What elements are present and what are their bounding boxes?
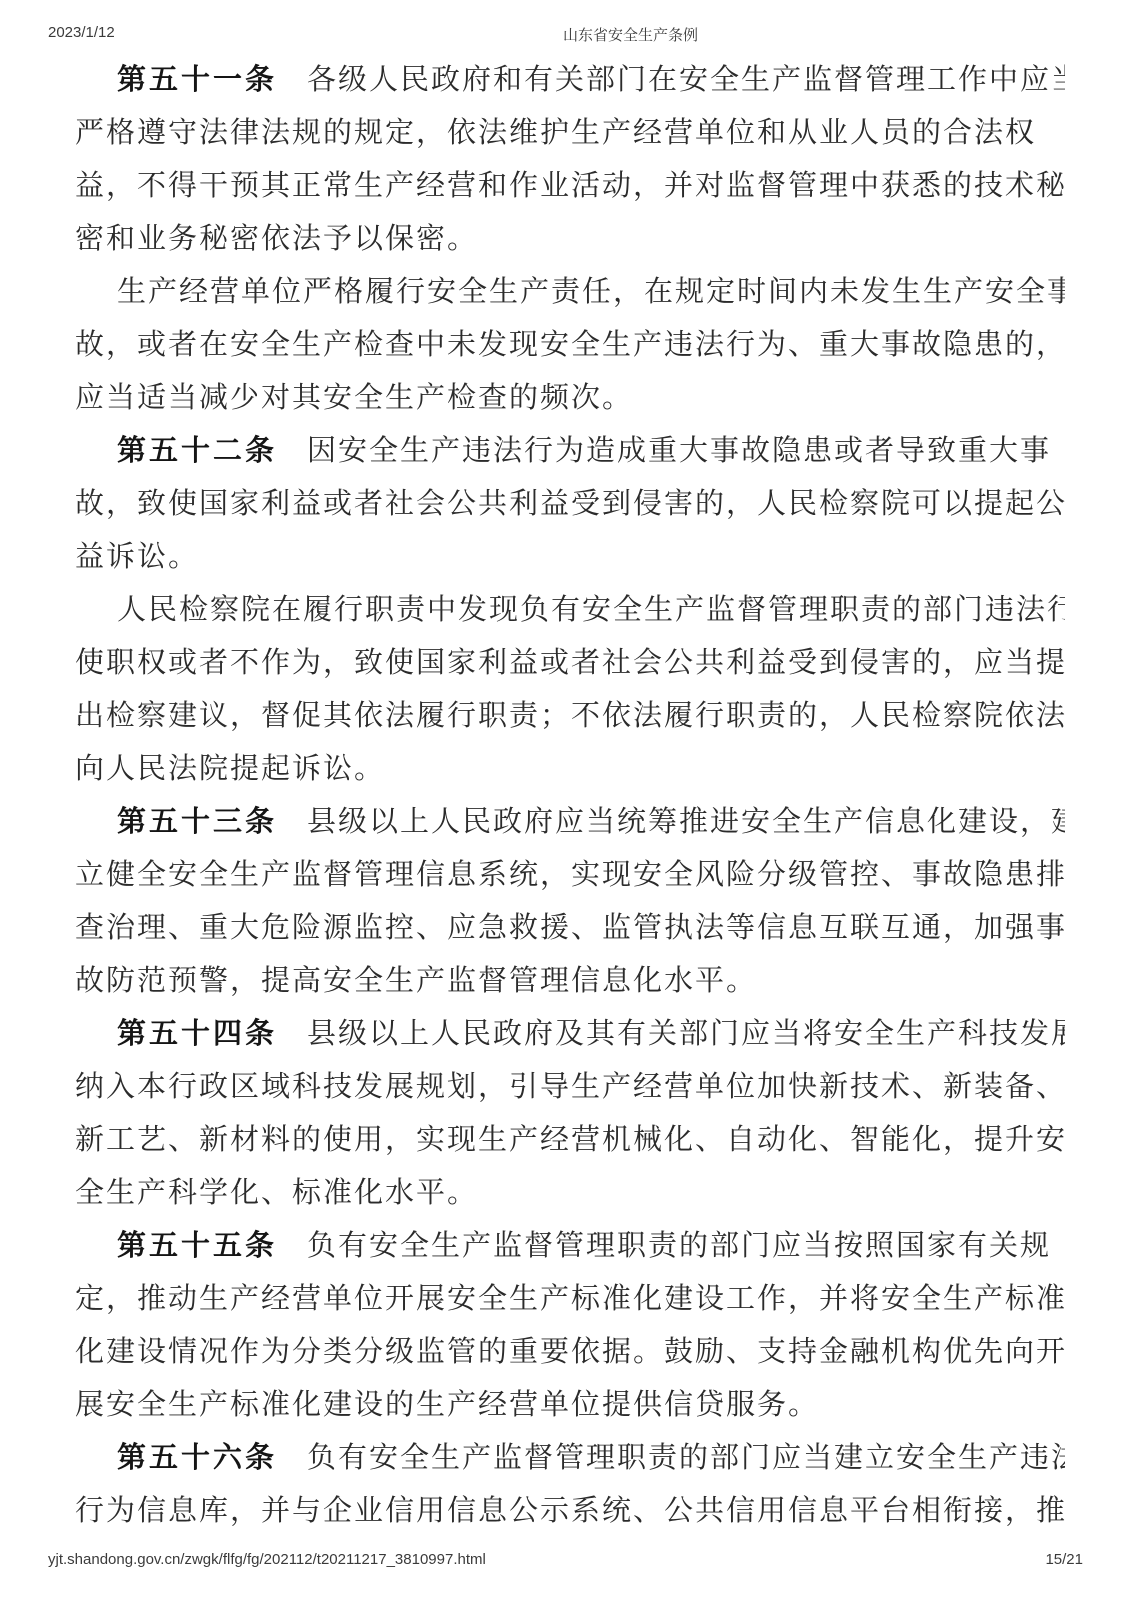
line-text: 定，推动生产经营单位开展安全生产标准化建设工作，并将安全生产标准 xyxy=(75,1283,1065,1315)
document-line: 纳入本行政区域科技发展规划，引导生产经营单位加快新技术、新装备、 xyxy=(75,1061,1065,1114)
document-line: 全生产科学化、标准化水平。 xyxy=(75,1167,1065,1220)
line-text: 故防范预警，提高安全生产监督管理信息化水平。 xyxy=(75,965,757,997)
line-text: 故，致使国家利益或者社会公共利益受到侵害的，人民检察院可以提起公 xyxy=(75,488,1065,520)
footer-url: yjt.shandong.gov.cn/zwgk/flfg/fg/202112/… xyxy=(48,1551,486,1568)
document-line: 人民检察院在履行职责中发现负有安全生产监督管理职责的部门违法行 xyxy=(75,584,1065,637)
document-line: 生产经营单位严格履行安全生产责任，在规定时间内未发生生产安全事 xyxy=(75,266,1065,319)
document-line: 第五十二条因安全生产违法行为造成重大事故隐患或者导致重大事 xyxy=(75,425,1065,478)
document-line: 第五十五条负有安全生产监督管理职责的部门应当按照国家有关规 xyxy=(75,1220,1065,1273)
line-text: 益诉讼。 xyxy=(75,541,199,573)
line-text: 生产经营单位严格履行安全生产责任，在规定时间内未发生生产安全事 xyxy=(117,276,1065,308)
line-text: 县级以上人民政府应当统筹推进安全生产信息化建设，建 xyxy=(307,806,1065,838)
line-text: 新工艺、新材料的使用，实现生产经营机械化、自动化、智能化，提升安 xyxy=(75,1124,1065,1156)
document-line: 展安全生产标准化建设的生产经营单位提供信贷服务。 xyxy=(75,1379,1065,1432)
document-line: 第五十六条负有安全生产监督管理职责的部门应当建立安全生产违法 xyxy=(75,1432,1065,1485)
line-text: 化建设情况作为分类分级监管的重要依据。鼓励、支持金融机构优先向开 xyxy=(75,1336,1065,1368)
line-text: 立健全安全生产监督管理信息系统，实现安全风险分级管控、事故隐患排 xyxy=(75,859,1065,891)
document-line: 第五十四条县级以上人民政府及其有关部门应当将安全生产科技发展 xyxy=(75,1008,1065,1061)
line-text: 出检察建议，督促其依法履行职责；不依法履行职责的，人民检察院依法 xyxy=(75,700,1065,732)
page-title: 山东省安全生产条例 xyxy=(130,24,1131,45)
article-number: 第五十三条 xyxy=(117,806,277,838)
line-text: 行为信息库，并与企业信用信息公示系统、公共信用信息平台相衔接，推 xyxy=(75,1495,1065,1527)
document-line: 新工艺、新材料的使用，实现生产经营机械化、自动化、智能化，提升安 xyxy=(75,1114,1065,1167)
line-text: 县级以上人民政府及其有关部门应当将安全生产科技发展 xyxy=(307,1018,1065,1050)
document-line: 行为信息库，并与企业信用信息公示系统、公共信用信息平台相衔接，推 xyxy=(75,1485,1065,1538)
document-line: 益，不得干预其正常生产经营和作业活动，并对监督管理中获悉的技术秘 xyxy=(75,160,1065,213)
document-line: 益诉讼。 xyxy=(75,531,1065,584)
document-line: 查治理、重大危险源监控、应急救援、监管执法等信息互联互通，加强事 xyxy=(75,902,1065,955)
document-line: 立健全安全生产监督管理信息系统，实现安全风险分级管控、事故隐患排 xyxy=(75,849,1065,902)
document-line: 故，或者在安全生产检查中未发现安全生产违法行为、重大事故隐患的， xyxy=(75,319,1065,372)
line-text: 使职权或者不作为，致使国家利益或者社会公共利益受到侵害的，应当提 xyxy=(75,647,1065,679)
line-text: 各级人民政府和有关部门在安全生产监督管理工作中应当 xyxy=(307,64,1065,96)
document-line: 应当适当减少对其安全生产检查的频次。 xyxy=(75,372,1065,425)
line-text: 严格遵守法律法规的规定，依法维护生产经营单位和从业人员的合法权 xyxy=(75,117,1036,149)
document-line: 化建设情况作为分类分级监管的重要依据。鼓励、支持金融机构优先向开 xyxy=(75,1326,1065,1379)
line-text: 负有安全生产监督管理职责的部门应当按照国家有关规 xyxy=(307,1230,1051,1262)
article-number: 第五十五条 xyxy=(117,1230,277,1262)
document-line: 密和业务秘密依法予以保密。 xyxy=(75,213,1065,266)
line-text: 查治理、重大危险源监控、应急救援、监管执法等信息互联互通，加强事 xyxy=(75,912,1065,944)
article-number: 第五十二条 xyxy=(117,435,277,467)
print-header-date: 2023/1/12 xyxy=(48,24,115,41)
article-number: 第五十六条 xyxy=(117,1442,277,1474)
line-text: 故，或者在安全生产检查中未发现安全生产违法行为、重大事故隐患的， xyxy=(75,329,1065,361)
document-line: 出检察建议，督促其依法履行职责；不依法履行职责的，人民检察院依法 xyxy=(75,690,1065,743)
article-number: 第五十一条 xyxy=(117,64,277,96)
line-text: 密和业务秘密依法予以保密。 xyxy=(75,223,478,255)
line-text: 因安全生产违法行为造成重大事故隐患或者导致重大事 xyxy=(307,435,1051,467)
printed-document-page: 2023/1/12 山东省安全生产条例 第五十一条各级人民政府和有关部门在安全生… xyxy=(0,0,1131,1600)
line-text: 展安全生产标准化建设的生产经营单位提供信贷服务。 xyxy=(75,1389,819,1421)
document-line: 向人民法院提起诉讼。 xyxy=(75,743,1065,796)
article-number: 第五十四条 xyxy=(117,1018,277,1050)
document-line: 严格遵守法律法规的规定，依法维护生产经营单位和从业人员的合法权 xyxy=(75,107,1065,160)
line-text: 应当适当减少对其安全生产检查的频次。 xyxy=(75,382,633,414)
line-text: 益，不得干预其正常生产经营和作业活动，并对监督管理中获悉的技术秘 xyxy=(75,170,1065,202)
document-body: 第五十一条各级人民政府和有关部门在安全生产监督管理工作中应当严格遵守法律法规的规… xyxy=(75,54,1065,1538)
line-text: 负有安全生产监督管理职责的部门应当建立安全生产违法 xyxy=(307,1442,1065,1474)
document-line: 第五十一条各级人民政府和有关部门在安全生产监督管理工作中应当 xyxy=(75,54,1065,107)
line-text: 全生产科学化、标准化水平。 xyxy=(75,1177,478,1209)
document-line: 故防范预警，提高安全生产监督管理信息化水平。 xyxy=(75,955,1065,1008)
line-text: 向人民法院提起诉讼。 xyxy=(75,753,385,785)
line-text: 纳入本行政区域科技发展规划，引导生产经营单位加快新技术、新装备、 xyxy=(75,1071,1065,1103)
document-line: 定，推动生产经营单位开展安全生产标准化建设工作，并将安全生产标准 xyxy=(75,1273,1065,1326)
document-line: 故，致使国家利益或者社会公共利益受到侵害的，人民检察院可以提起公 xyxy=(75,478,1065,531)
document-line: 第五十三条县级以上人民政府应当统筹推进安全生产信息化建设，建 xyxy=(75,796,1065,849)
line-text: 人民检察院在履行职责中发现负有安全生产监督管理职责的部门违法行 xyxy=(117,594,1065,626)
page-indicator: 15/21 xyxy=(1045,1551,1083,1568)
document-line: 使职权或者不作为，致使国家利益或者社会公共利益受到侵害的，应当提 xyxy=(75,637,1065,690)
